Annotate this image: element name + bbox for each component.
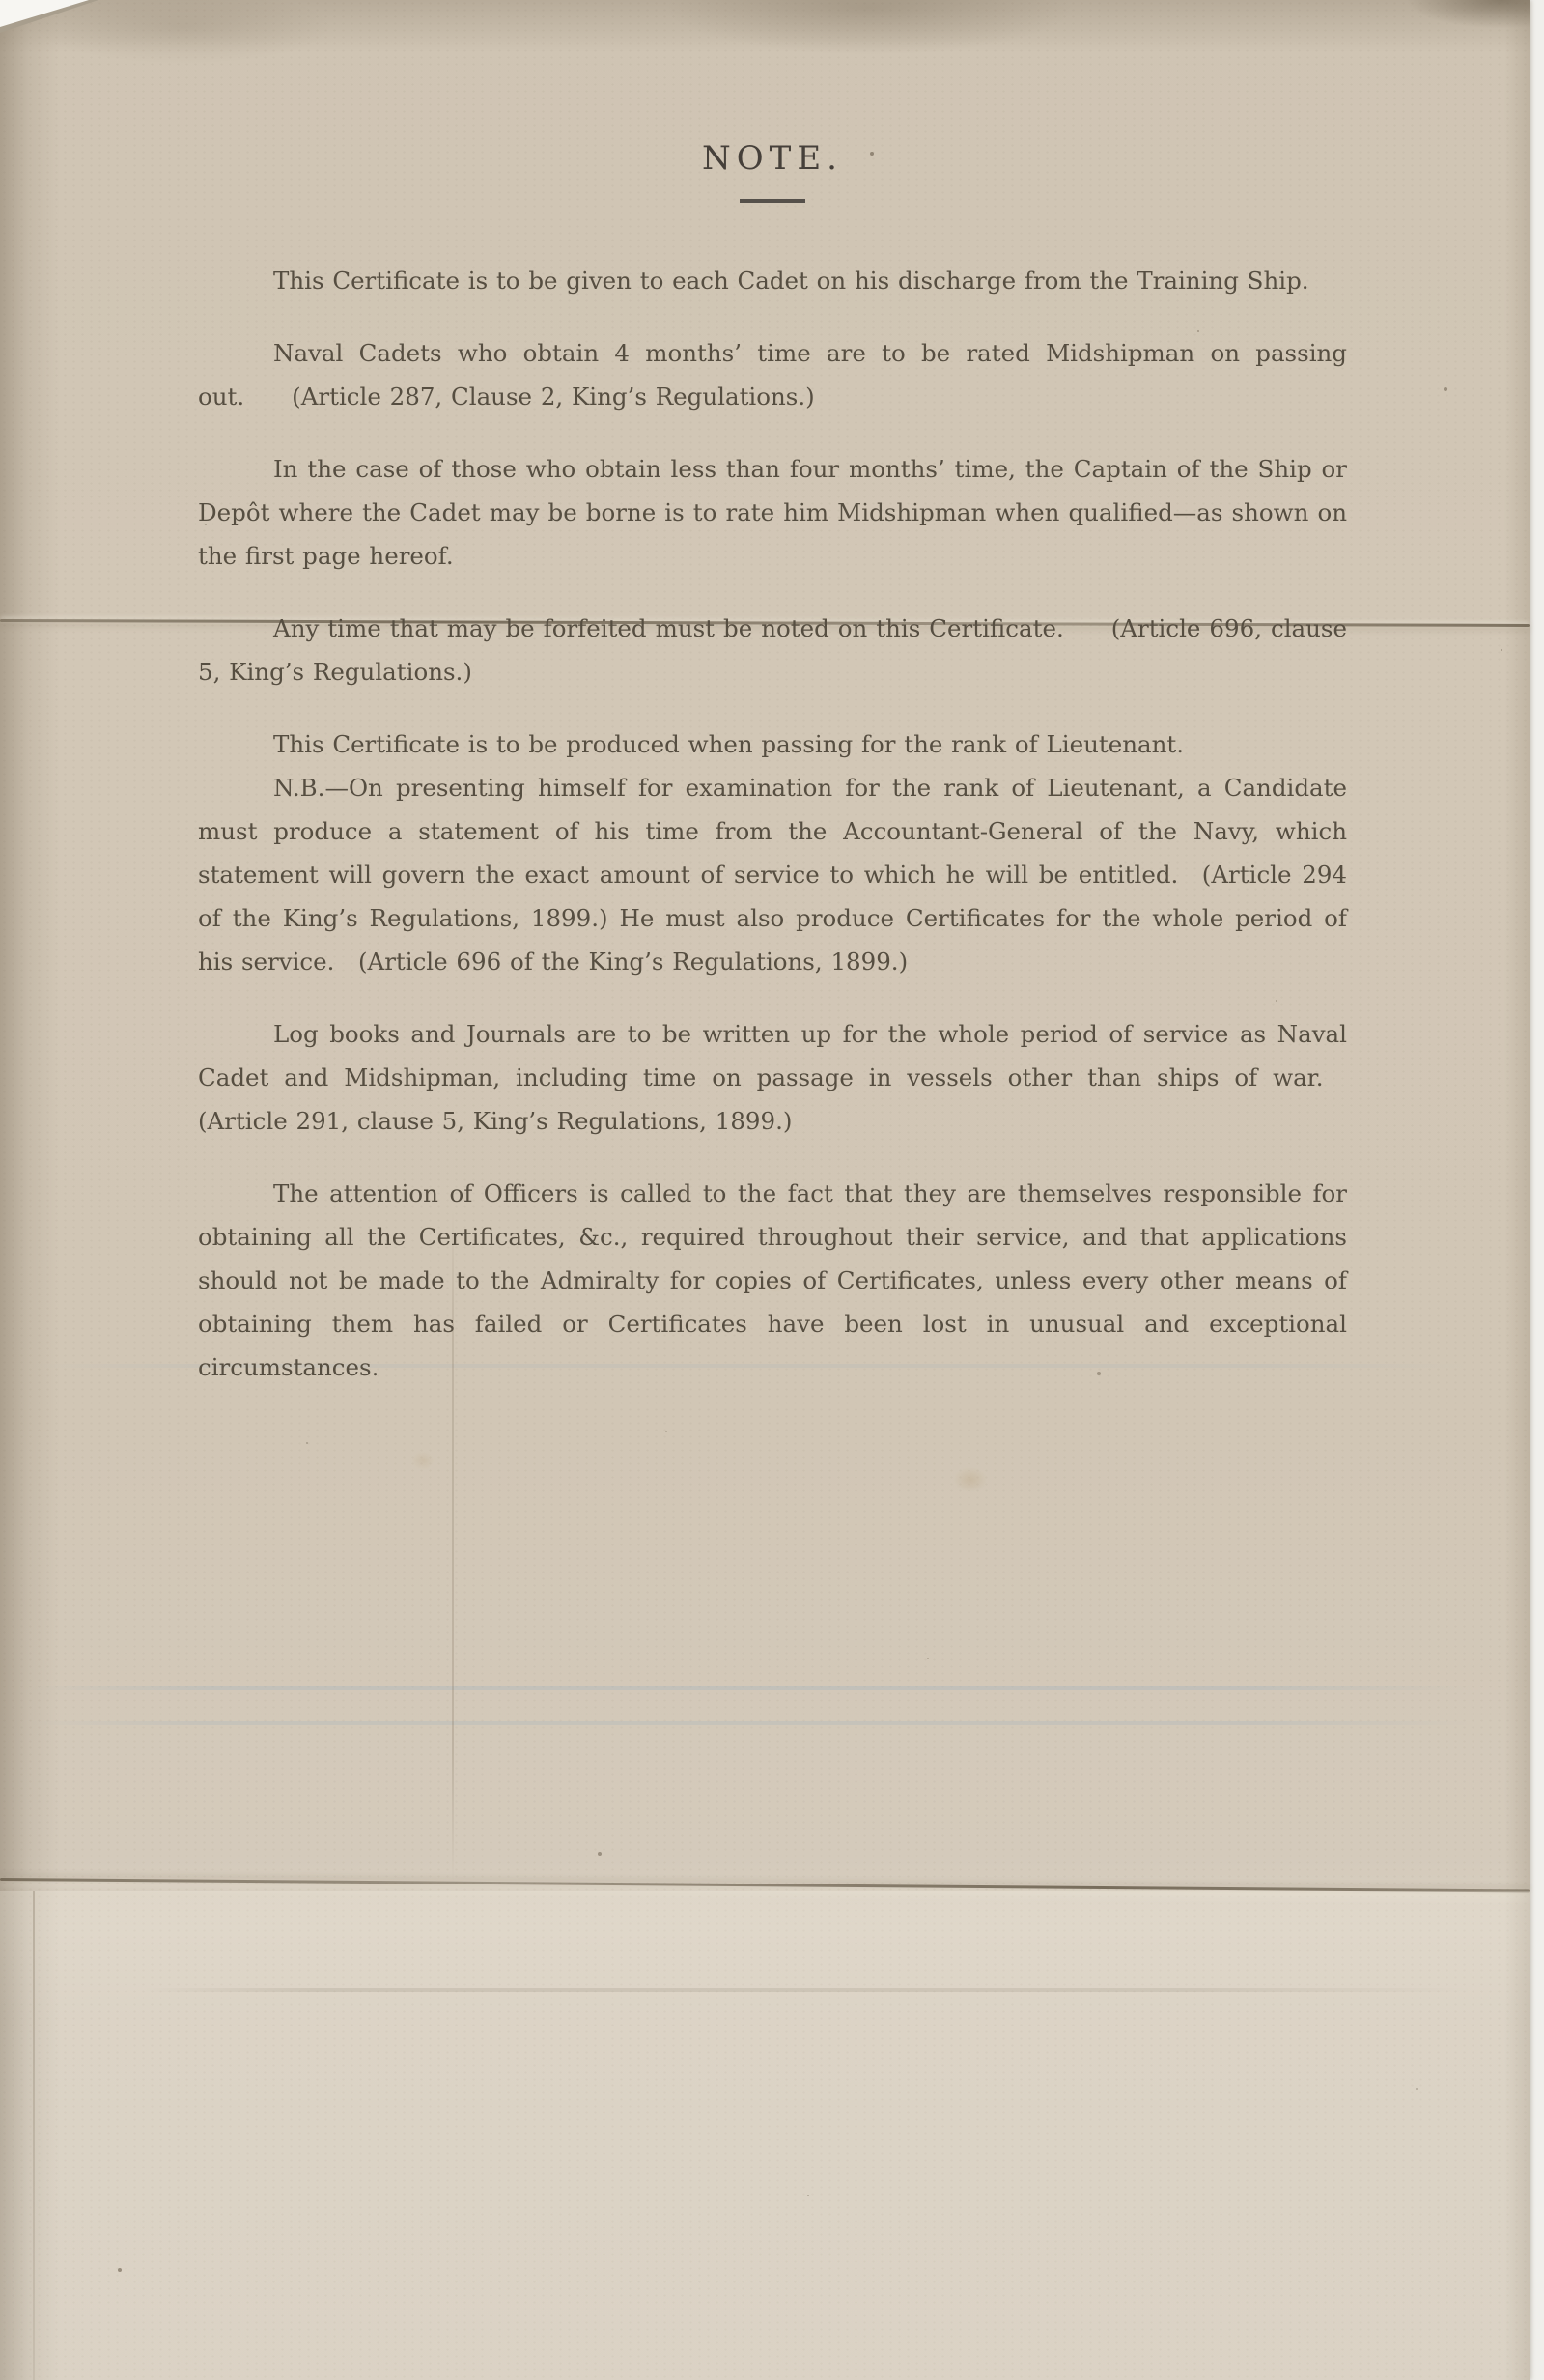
paragraph-forfeited-time: Any time that may be forfeited must be n… [198, 607, 1347, 694]
title-divider [740, 199, 805, 203]
paragraph-produced-for-lieutenant: This Certificate is to be produced when … [198, 722, 1347, 766]
paragraph-nb-examination: N.B.—On presenting himself for examinati… [198, 766, 1347, 983]
show-through-line [29, 1686, 1472, 1690]
below-fold-tint [0, 1891, 1530, 2380]
vertical-crease [33, 1891, 35, 2380]
fold-crease-lower [0, 1878, 1530, 1892]
paragraph-less-than-four-months: In the case of those who obtain less tha… [198, 447, 1347, 578]
note-content: NOTE. This Certificate is to be given to… [198, 0, 1347, 1418]
show-through-line [29, 1721, 1472, 1725]
show-through-line [29, 1988, 1472, 1992]
page-title: NOTE. [198, 139, 1347, 178]
paragraph-log-books: Log books and Journals are to be written… [198, 1012, 1347, 1143]
paper-sheet: NOTE. This Certificate is to be given to… [0, 0, 1530, 2380]
paragraph-naval-cadets-rating: Naval Cadets who obtain 4 months’ time a… [198, 331, 1347, 418]
paragraph-certificate-discharge: This Certificate is to be given to each … [198, 259, 1347, 302]
paragraph-attention-of-officers: The attention of Officers is called to t… [198, 1172, 1347, 1389]
dog-eared-corner [0, 0, 89, 27]
paper-specks [0, 0, 2, 2]
